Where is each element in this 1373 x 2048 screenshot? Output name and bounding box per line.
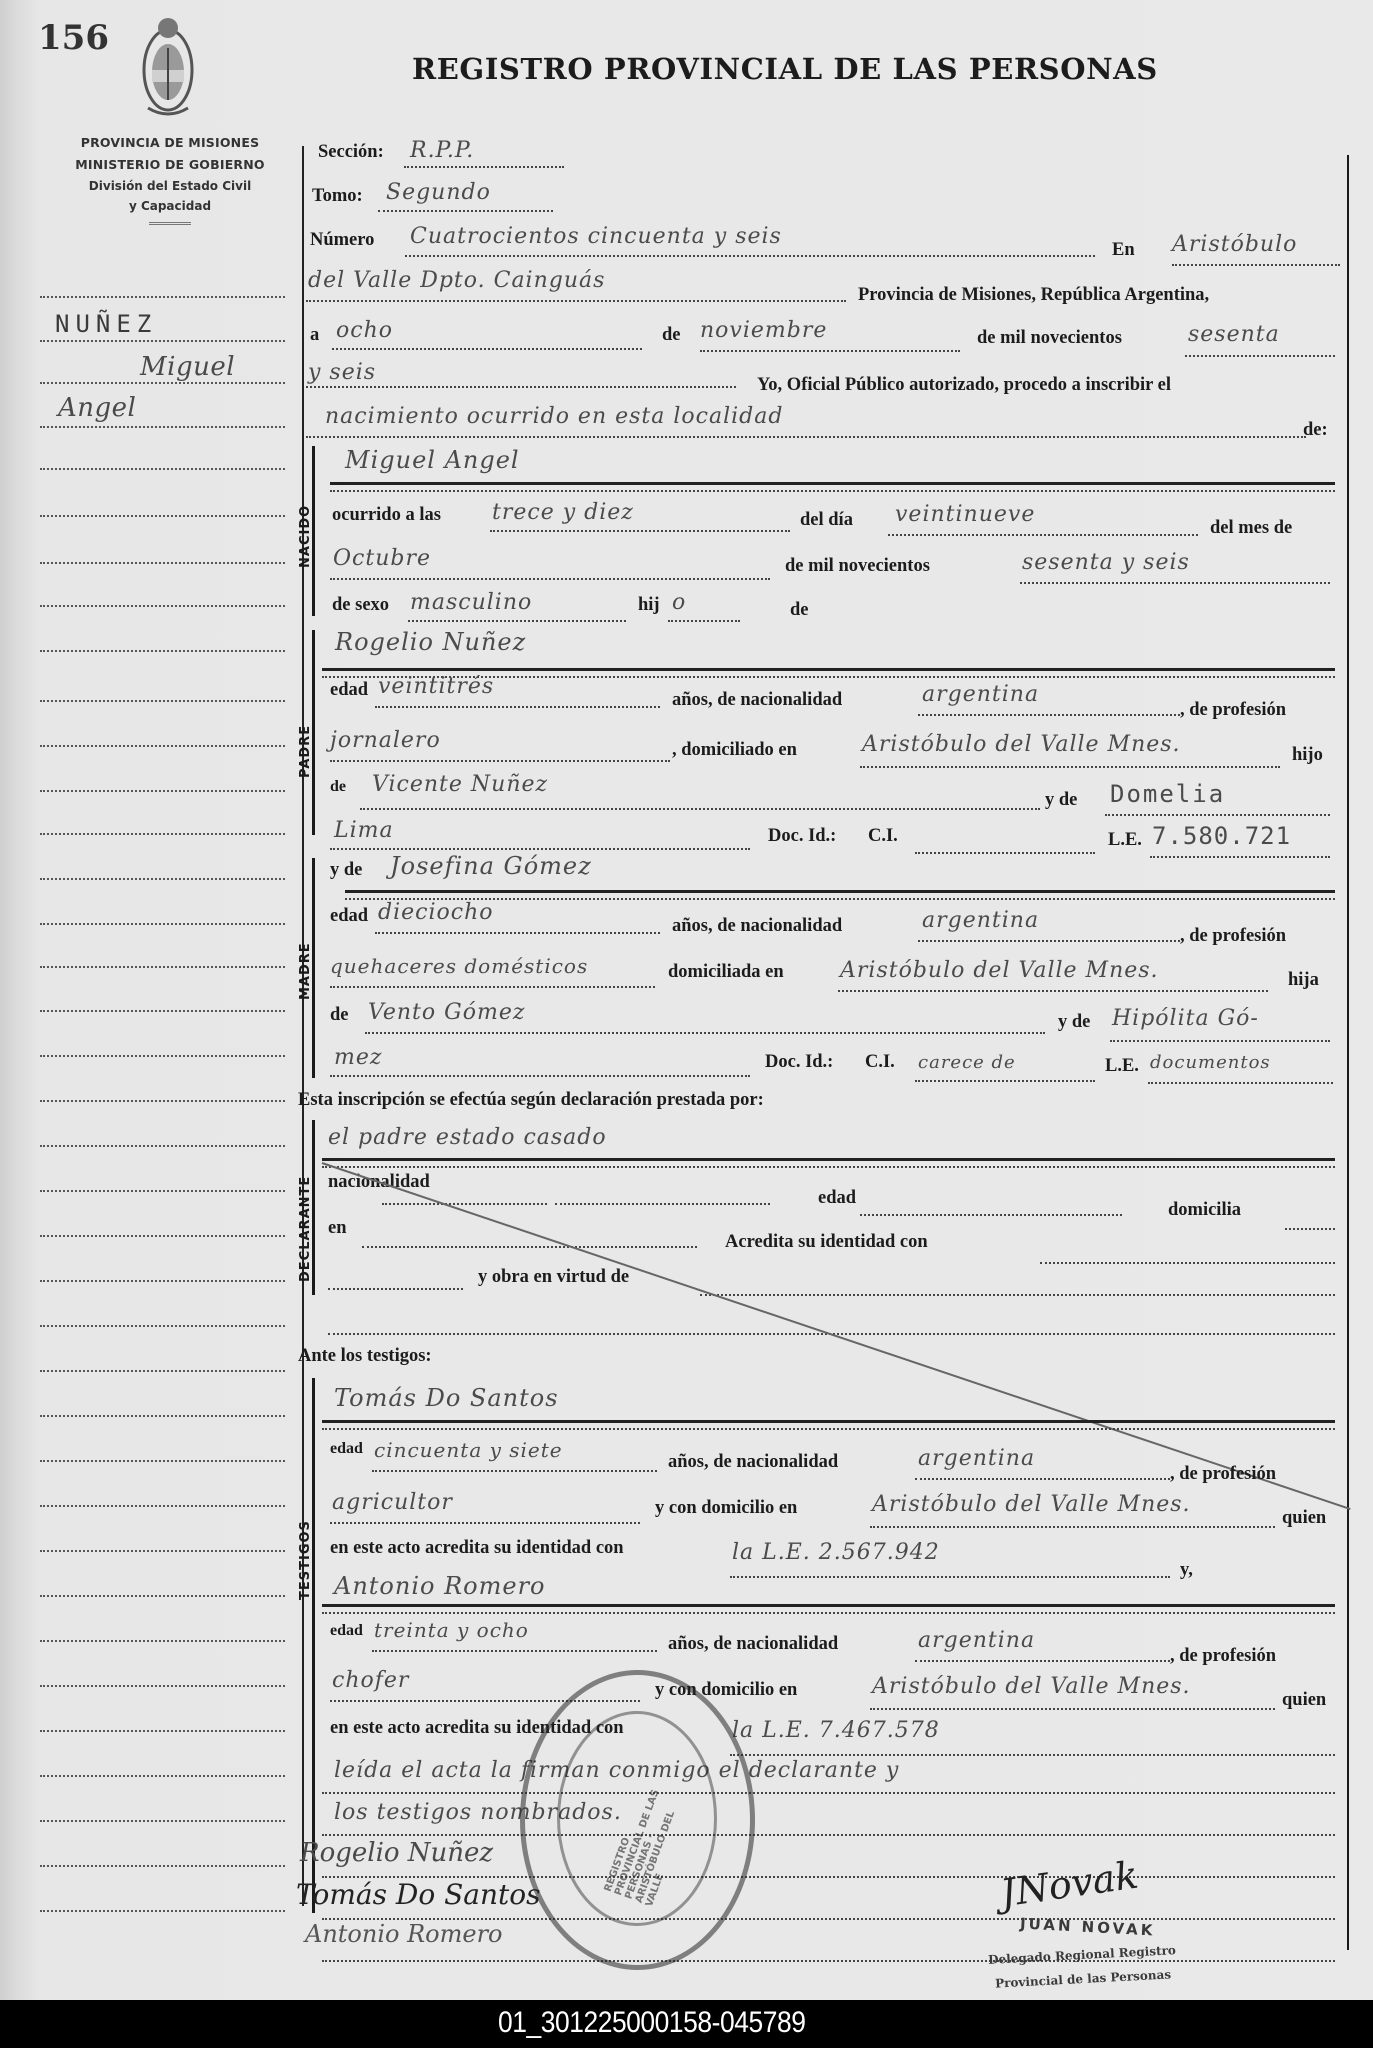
- year-value-2: y seis: [308, 360, 376, 385]
- padre-le-value: 7.580.721: [1152, 822, 1291, 850]
- declarante-name-field: [322, 1166, 1335, 1168]
- nacido-name-field: [330, 490, 1335, 492]
- hij-value: o: [672, 590, 686, 615]
- madre-dom-value: Aristóbulo del Valle Mnes.: [840, 958, 1159, 983]
- document-title: REGISTRO PROVINCIAL DE LAS PERSONAS: [412, 52, 1158, 86]
- w1-prof-field: [330, 1522, 640, 1524]
- margin-line: [40, 1775, 285, 1777]
- nacido-month-value: Octubre: [333, 546, 431, 571]
- w2-edad-value: treinta y ocho: [374, 1618, 529, 1642]
- hour-value: trece y diez: [492, 500, 634, 525]
- nacido-day-value: veintinueve: [895, 502, 1035, 527]
- w1-edad-label: edad: [330, 1440, 363, 1458]
- w2-prof-value: chofer: [332, 1668, 409, 1693]
- sexo-field: [408, 620, 626, 622]
- seccion-value: R.P.P.: [410, 138, 474, 163]
- margin-line: [40, 296, 285, 298]
- w1-dom-label: y con domicilio en: [655, 1498, 797, 1519]
- signature-witness-2: Antonio Romero: [305, 1920, 503, 1948]
- padre-name-value: Rogelio Nuñez: [335, 628, 526, 656]
- w2-name-rule: [322, 1604, 1335, 1607]
- tomo-value: Segundo: [386, 180, 491, 205]
- margin-line: [40, 1370, 285, 1372]
- nacido-label: NACIDO: [298, 505, 313, 568]
- declarante-en-label: en: [328, 1218, 347, 1239]
- madre-prof-label: , de profesión: [1180, 926, 1286, 947]
- w1-id-field: [730, 1576, 1170, 1578]
- official-signature: JNovak: [998, 1853, 1141, 1916]
- testigos-intro: Ante los testigos:: [298, 1346, 432, 1367]
- madre-mother-value-2: mez: [334, 1045, 382, 1070]
- issuer-province: PROVINCIA DE MISIONES: [40, 132, 300, 154]
- declarante-nac-field-2: [555, 1203, 770, 1205]
- del-dia-label: del día: [800, 510, 853, 531]
- declarante-en-field: [362, 1246, 697, 1248]
- tomo-label: Tomo:: [312, 186, 363, 207]
- w1-prof-label: , de profesión: [1170, 1464, 1276, 1485]
- margin-line: [40, 605, 285, 607]
- margin-surname: NUÑEZ: [55, 310, 157, 338]
- w2-nac-label: años, de nacionalidad: [668, 1634, 838, 1655]
- margin-given-name-2: Angel: [58, 393, 136, 423]
- place-field-2: [306, 300, 846, 302]
- margin-line: [40, 1415, 285, 1417]
- padre-mother-value-2: Lima: [334, 818, 394, 843]
- padre-edad-value: veintitrés: [378, 674, 494, 699]
- w2-quien-label: quien: [1282, 1690, 1326, 1711]
- w2-edad-field: [372, 1650, 657, 1652]
- numero-field: [405, 255, 1095, 257]
- declarante-dom-label: domicilia: [1168, 1200, 1241, 1221]
- madre-ci-label: C.I.: [865, 1052, 895, 1073]
- madre-name-field: [345, 898, 1335, 900]
- margin-line: [40, 1595, 285, 1597]
- padre-father-value: Vicente Nuñez: [372, 772, 548, 797]
- margin-line: [40, 790, 285, 792]
- ocurrido-label: ocurrido a las: [332, 505, 441, 526]
- declarante-acredita-field: [1040, 1262, 1335, 1264]
- hour-field: [490, 530, 790, 532]
- madre-y-de-label: y de: [330, 860, 362, 881]
- padre-name-rule: [322, 668, 1335, 671]
- madre-name-value: Josefina Gómez: [390, 852, 592, 880]
- nacido-year-prefix: de mil novecientos: [785, 556, 930, 577]
- margin-line: [40, 745, 285, 747]
- official-stamp-icon: REGISTRO PROVINCIAL DE LAS PERSONAS · AR…: [520, 1670, 755, 1970]
- w1-name-rule: [322, 1420, 1335, 1423]
- margin-line: [40, 1325, 285, 1327]
- w2-id-field: [730, 1754, 1335, 1756]
- place-value-1: Aristóbulo: [1172, 232, 1297, 257]
- madre-dom-label: domiciliada en: [668, 962, 784, 983]
- margin-line: [40, 833, 285, 835]
- padre-dom-field: [860, 766, 1280, 768]
- margin-line: [40, 1145, 285, 1147]
- declarante-obra-field-pre: [328, 1288, 463, 1290]
- margin-divider: [302, 146, 304, 1906]
- margin-line: [40, 1055, 285, 1057]
- padre-dom-label: , domiciliado en: [672, 740, 797, 761]
- month-value: noviembre: [700, 318, 827, 343]
- madre-le-value: documentos: [1150, 1052, 1271, 1073]
- madre-le-field: [1148, 1082, 1333, 1084]
- a-label: a: [310, 325, 319, 346]
- margin-line: [40, 878, 285, 880]
- declarante-obra-field: [700, 1294, 1335, 1296]
- month-field: [700, 350, 960, 352]
- signature-witness-1: Tomás Do Santos: [296, 1878, 540, 1911]
- margin-line: [40, 562, 285, 564]
- madre-label: MADRE: [298, 942, 313, 1000]
- padre-nac-label: años, de nacionalidad: [672, 690, 842, 711]
- signature-declarante: Rogelio Nuñez: [300, 1838, 493, 1868]
- margin-line: [40, 1730, 285, 1732]
- w2-dom-value: Aristóbulo del Valle Mnes.: [872, 1674, 1191, 1699]
- madre-edad-label: edad: [330, 906, 368, 927]
- padre-dom-value: Aristóbulo del Valle Mnes.: [862, 732, 1181, 757]
- w2-prof-label: , de profesión: [1170, 1646, 1276, 1667]
- declarante-dom-field: [1285, 1228, 1335, 1230]
- hij-label: hij: [638, 595, 660, 616]
- w2-nac-field: [915, 1660, 1170, 1662]
- declarante-obra-label: y obra en virtud de: [478, 1267, 629, 1288]
- padre-ci-label: C.I.: [868, 826, 898, 847]
- w1-name-value: Tomás Do Santos: [334, 1384, 559, 1412]
- divider: [149, 222, 191, 225]
- en-label: En: [1112, 240, 1135, 261]
- right-border: [1347, 155, 1349, 1950]
- w1-prof-value: agricultor: [332, 1490, 453, 1515]
- padre-edad-field: [375, 706, 660, 708]
- margin-line: [40, 1685, 285, 1687]
- w1-quien-label: quien: [1282, 1508, 1326, 1529]
- padre-y-de-label: y de: [1045, 790, 1077, 811]
- padre-mother-field-2: [330, 848, 750, 850]
- declarante-label: DECLARANTE: [298, 1176, 313, 1282]
- de-label: de: [662, 325, 681, 346]
- day-field: [332, 348, 642, 350]
- declarante-name-value: el padre estado casado: [328, 1125, 607, 1150]
- margin-line: [40, 1100, 285, 1102]
- padre-le-label: L.E.: [1108, 830, 1142, 851]
- w2-dom-field: [870, 1708, 1275, 1710]
- oficial-text: Yo, Oficial Público autorizado, procedo …: [757, 375, 1171, 396]
- w1-edad-value: cincuenta y siete: [374, 1438, 563, 1462]
- margin-line: [40, 1640, 285, 1642]
- padre-label: PADRE: [298, 725, 313, 778]
- padre-le-field: [1150, 856, 1330, 858]
- margin-line: [40, 468, 285, 470]
- padre-father-field: [360, 808, 1040, 810]
- issuer-division: División del Estado Civil: [40, 176, 300, 196]
- w2-id-value: la L.E. 7.467.578: [732, 1718, 940, 1743]
- margin-line: [40, 1010, 285, 1012]
- tomo-field: [378, 210, 553, 212]
- padre-nac-value: argentina: [922, 682, 1039, 707]
- padre-de-label: de: [330, 778, 346, 796]
- nacido-year-value: sesenta y seis: [1022, 550, 1190, 575]
- nacido-name-value: Miguel Angel: [345, 446, 520, 474]
- nacido-de-label: de: [790, 600, 809, 621]
- padre-mother-field-1: [1105, 814, 1330, 816]
- issuer-division-2: y Capacidad: [40, 196, 300, 216]
- margin-line: [40, 923, 285, 925]
- madre-name-rule: [345, 890, 1335, 893]
- madre-nac-label: años, de nacionalidad: [672, 916, 842, 937]
- issuer-ministry: MINISTERIO DE GOBIERNO: [40, 154, 300, 176]
- issuer-block: PROVINCIA DE MISIONES MINISTERIO DE GOBI…: [40, 132, 300, 225]
- margin-line: [40, 1820, 285, 1822]
- madre-nac-value: argentina: [922, 908, 1039, 933]
- event-value: nacimiento ocurrido en esta localidad: [325, 404, 783, 429]
- testigos-bar: [312, 1378, 315, 1913]
- caption-bar: 01_301225000158-045789: [0, 2000, 1373, 2048]
- padre-edad-label: edad: [330, 680, 368, 701]
- w1-edad-field: [372, 1470, 657, 1472]
- declarante-name-rule: [322, 1158, 1335, 1161]
- madre-father-field: [365, 1032, 1045, 1034]
- padre-prof-label: , de profesión: [1180, 700, 1286, 721]
- nacido-month-field: [330, 578, 770, 580]
- margin-line: [40, 515, 285, 517]
- declarante-nac-field: [382, 1203, 547, 1205]
- w2-name-field: [322, 1612, 1335, 1614]
- w1-dom-value: Aristóbulo del Valle Mnes.: [872, 1492, 1191, 1517]
- seccion-field: [404, 166, 564, 168]
- margin-line: [40, 340, 285, 342]
- margin-line: [40, 966, 285, 968]
- margin-line: [40, 1550, 285, 1552]
- place-value-2: del Valle Dpto. Cainguás: [308, 268, 605, 293]
- madre-ci-field: [915, 1080, 1095, 1082]
- padre-nac-field: [918, 714, 1180, 716]
- w1-nac-field: [915, 1478, 1170, 1480]
- province-text: Provincia de Misiones, República Argenti…: [858, 285, 1209, 306]
- w1-acredita-label: en este acto acredita su identidad con: [330, 1538, 624, 1559]
- margin-line: [40, 1505, 285, 1507]
- event-field: [306, 436, 1306, 438]
- w1-id-value: la L.E. 2.567.942: [732, 1540, 940, 1565]
- madre-y-de-label-2: y de: [1058, 1012, 1090, 1033]
- margin-line: [40, 650, 285, 652]
- madre-ci-value: carece de: [918, 1052, 1016, 1073]
- margin-line: [40, 1910, 285, 1912]
- margin-line: [40, 1190, 285, 1192]
- padre-prof-field: [330, 760, 670, 762]
- closing-line-5: [322, 1960, 1335, 1962]
- image-caption: 01_301225000158-045789: [498, 2006, 805, 2040]
- declarante-acredita-label: Acredita su identidad con: [725, 1232, 928, 1253]
- nacido-name-rule: [330, 482, 1335, 485]
- sexo-value: masculino: [410, 590, 532, 615]
- w2-edad-label: edad: [330, 1622, 363, 1640]
- numero-value: Cuatrocientos cincuenta y seis: [410, 224, 782, 249]
- padre-ci-field: [915, 852, 1095, 854]
- padre-prof-value: jornalero: [330, 728, 441, 753]
- margin-line: [40, 1460, 285, 1462]
- closing-line-2: [322, 1834, 1335, 1836]
- madre-prof-value: quehaceres domésticos: [330, 954, 588, 978]
- madre-mother-field-2: [330, 1075, 750, 1077]
- margin-line: [40, 1865, 285, 1867]
- numero-label: Número: [310, 230, 374, 251]
- year-value-1: sesenta: [1188, 322, 1280, 347]
- madre-le-label: L.E.: [1105, 1056, 1139, 1077]
- margin-line: [40, 426, 285, 428]
- madre-edad-field: [375, 932, 660, 934]
- padre-hijo-label: hijo: [1292, 745, 1323, 766]
- madre-de-label: de: [330, 1005, 349, 1026]
- padre-doc-label: Doc. Id.:: [768, 826, 836, 847]
- padre-mother-value-1: Domelia: [1110, 780, 1225, 808]
- hij-field: [668, 620, 740, 622]
- madre-hija-label: hija: [1288, 970, 1319, 991]
- w2-name-value: Antonio Romero: [334, 1572, 546, 1600]
- day-value: ocho: [336, 318, 393, 343]
- seccion-label: Sección:: [318, 142, 384, 163]
- margin-line: [40, 382, 285, 384]
- margin-line: [40, 1280, 285, 1282]
- madre-nac-field: [918, 940, 1180, 942]
- birth-certificate-page: 156 PROVINCIA DE MISIONES MINISTERIO DE …: [0, 0, 1373, 2000]
- coat-of-arms-icon: [138, 8, 198, 120]
- folio-number: 156: [38, 18, 109, 58]
- margin-given-name-1: Miguel: [140, 352, 235, 382]
- w2-nac-value: argentina: [918, 1628, 1035, 1653]
- madre-dom-field: [838, 990, 1268, 992]
- year-field-1: [1185, 355, 1335, 357]
- w1-y-label: y,: [1180, 1560, 1193, 1581]
- declarante-edad-field: [860, 1214, 1122, 1216]
- closing-line-1: [322, 1792, 1335, 1794]
- w1-nac-value: argentina: [918, 1446, 1035, 1471]
- testigos-label: TESTIGOS: [298, 1520, 313, 1600]
- w1-nac-label: años, de nacionalidad: [668, 1452, 838, 1473]
- official-title-1: Delegado Regional Registro: [988, 1943, 1176, 1967]
- year-field-2: [306, 386, 736, 388]
- nacido-year-field: [1020, 582, 1330, 584]
- official-title-2: Provincial de las Personas: [995, 1967, 1172, 1990]
- madre-doc-label: Doc. Id.:: [765, 1052, 833, 1073]
- w1-dom-field: [870, 1526, 1275, 1528]
- madre-edad-value: dieciocho: [378, 900, 493, 925]
- madre-mother-field-1: [1110, 1040, 1330, 1042]
- place-field-1: [1172, 264, 1340, 266]
- de-colon: de:: [1303, 420, 1328, 441]
- sexo-label: de sexo: [332, 595, 389, 616]
- madre-father-value: Vento Gómez: [368, 1000, 525, 1025]
- day-field: [888, 534, 1198, 536]
- w1-name-field: [322, 1428, 1335, 1430]
- declarante-intro: Esta inscripción se efectúa según declar…: [298, 1090, 764, 1111]
- madre-mother-value-1: Hipólita Gó-: [1112, 1006, 1259, 1031]
- declarante-edad-label: edad: [818, 1188, 856, 1209]
- margin-line: [40, 700, 285, 702]
- margin-line: [40, 1235, 285, 1237]
- del-mes-label: del mes de: [1210, 518, 1292, 539]
- madre-prof-field: [330, 986, 655, 988]
- year-prefix: de mil novecientos: [977, 328, 1122, 349]
